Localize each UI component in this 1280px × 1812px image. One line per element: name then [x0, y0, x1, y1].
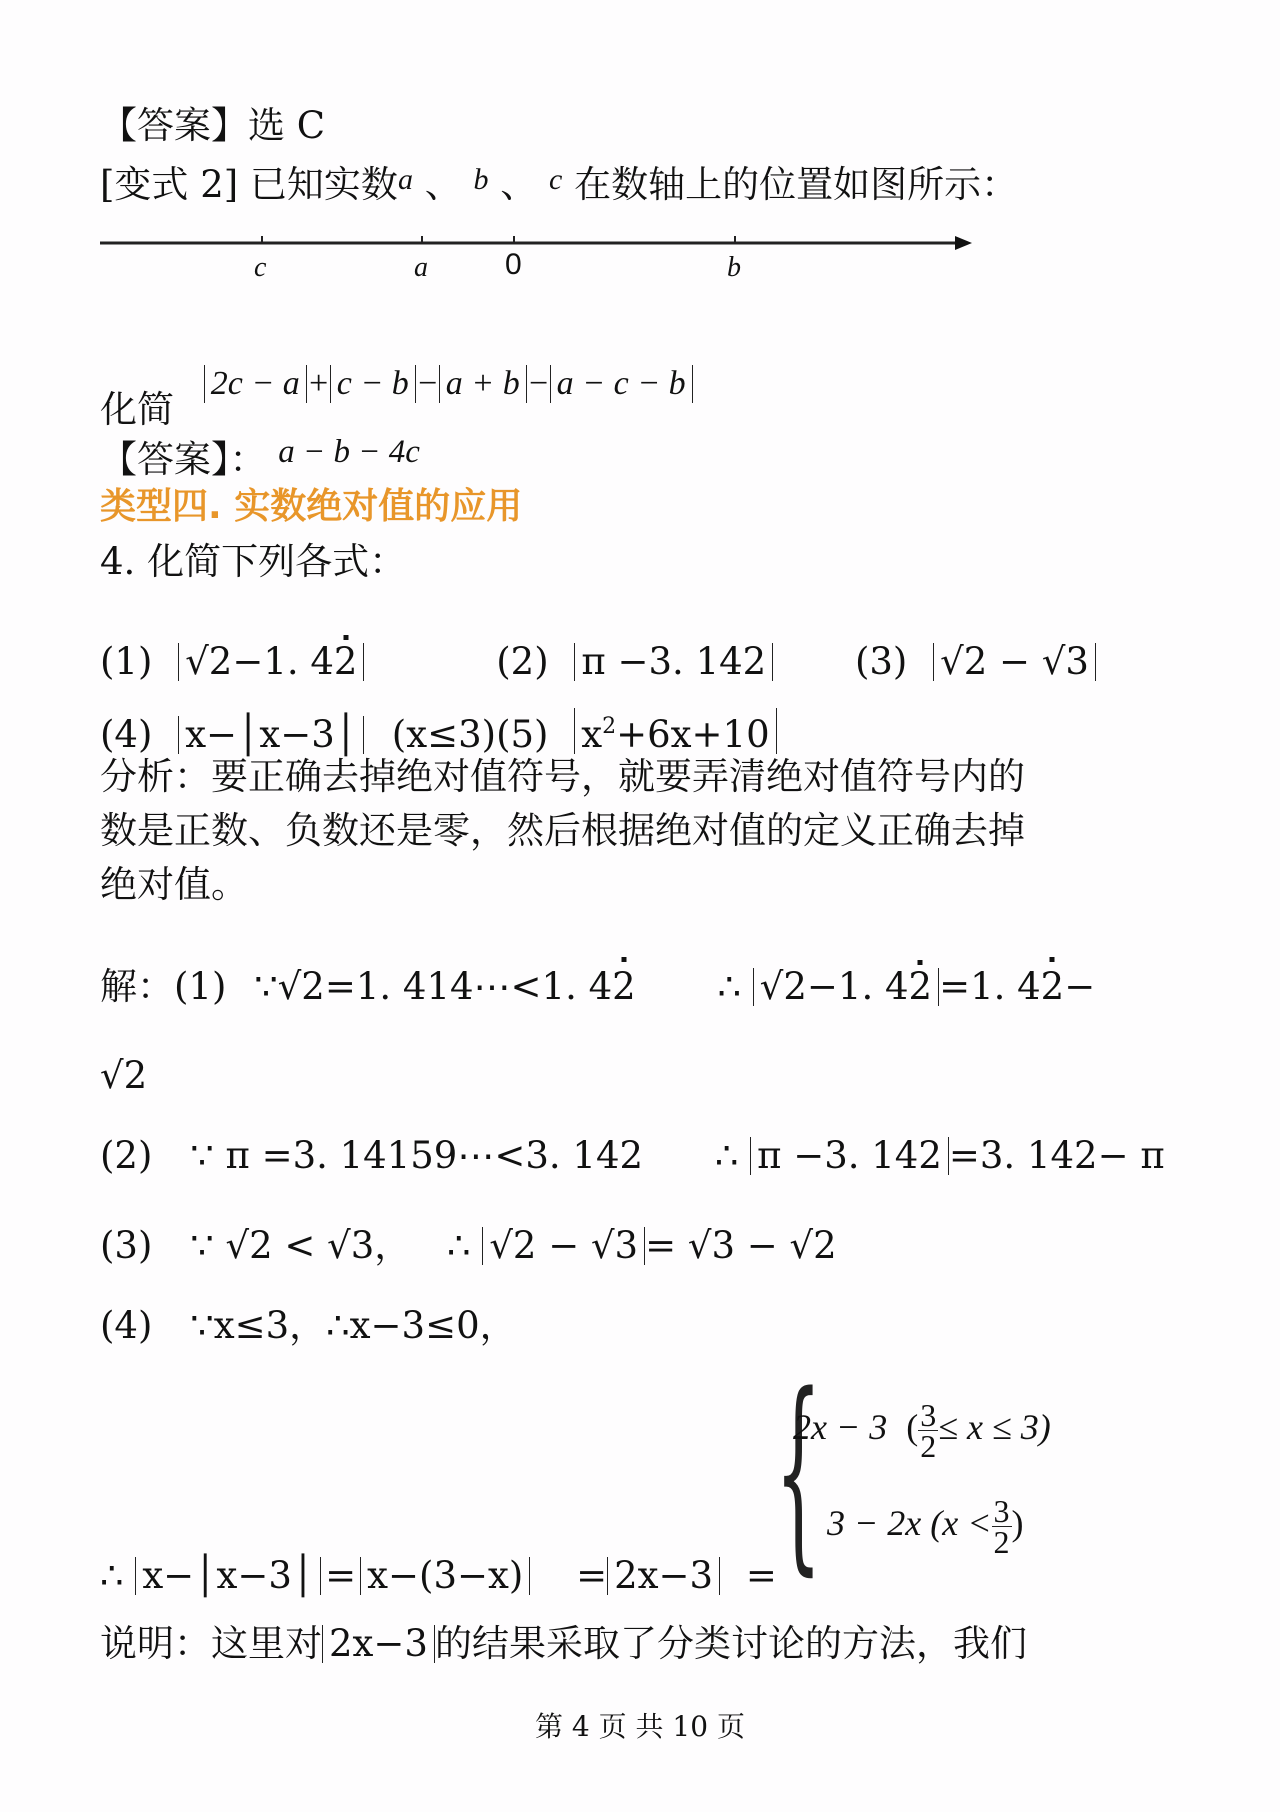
section-heading: 类型四. 实数绝对值的应用 [100, 485, 522, 529]
because-symbol: ∵ [190, 1134, 214, 1177]
equals: = [746, 1554, 777, 1597]
solution-4-label: (4) [100, 1304, 152, 1347]
var-b: b [473, 163, 488, 196]
problem-4-row-2: (4) x−│x−3│ (x≤3)(5) x2+6x+10 [100, 708, 777, 757]
because-symbol: ∵ [190, 1224, 214, 1267]
analysis-line-1: 分析：要正确去掉绝对值符号，就要弄清绝对值符号内的 [100, 755, 1025, 799]
result: =1. 4 [939, 965, 1041, 1008]
piecewise-cases: { 2x − 3 (32≤ x ≤ 3) 3 − 2x (x <32) [775, 1372, 1105, 1582]
separator: 、 [500, 163, 537, 206]
item-1-part: −1. 4 [232, 640, 334, 683]
item-1-number: (1) [100, 640, 152, 683]
expr-rest: +6x+10 [616, 713, 770, 756]
equals: = [576, 1554, 607, 1597]
fraction-three-halves: 32 [918, 1400, 938, 1461]
therefore-symbol: ∴ [447, 1224, 471, 1267]
solution-2-abs: π −3. 142 [750, 1137, 949, 1175]
note-abs: 2x−3 [322, 1625, 435, 1663]
answer-text: 选 C [248, 104, 325, 147]
solution-3-abs: √2 − √3 [482, 1227, 645, 1265]
final-abs-2: x−(3−x) [360, 1557, 530, 1595]
operator: − [527, 365, 550, 402]
item-4-condition: (x≤3) [392, 713, 496, 756]
problem-4-title: 4. 化简下列各式： [100, 540, 406, 584]
page-footer: 第 4 页 共 10 页 [0, 1705, 1280, 1745]
solution-4-final: ∴ x−│x−3│=x−(3−x) =2x−3 = [100, 1554, 777, 1598]
case-2-cond-post: ) [1012, 1503, 1024, 1543]
denominator: 2 [994, 1527, 1010, 1557]
repeating-digit: 2 [612, 965, 636, 1009]
sqrt-2: √2 [940, 640, 987, 683]
item-5-expression: x2+6x+10 [574, 708, 776, 754]
numerator: 3 [918, 1400, 938, 1431]
answer-2-label: 【答案】： [100, 438, 267, 481]
because-symbol: ∵ [254, 965, 278, 1008]
note-suffix: 的结果采取了分类讨论的方法，我们 [435, 1622, 1027, 1665]
solution-3-label: (3) [100, 1224, 152, 1267]
operator: + [307, 365, 330, 402]
solution-3-result: = √3 − √2 [645, 1224, 837, 1267]
arrow-icon [955, 236, 972, 250]
item-1-expression: √2−1. 42 [178, 643, 364, 681]
item-4-expression: x−│x−3│ [178, 716, 364, 754]
abs-term-3: a + b [439, 365, 527, 403]
solution-1-continuation: √2 [100, 1054, 147, 1098]
item-2-expression: π −3. 142 [574, 643, 773, 681]
solution-1-line: 解：(1) ∵√2=1. 414⋯<1. 42 ∴ √2−1. 42=1. 42… [100, 965, 1095, 1009]
simplify-line: 化简 2c − a+c − b−a + b−a − c − b [100, 362, 693, 432]
fraction-three-halves: 32 [992, 1496, 1012, 1557]
item-5-number: (5) [496, 713, 548, 756]
item-4-number: (4) [100, 713, 152, 756]
answer-label: 【答案】 [100, 104, 248, 147]
case-1-cond-pre: ( [906, 1407, 918, 1447]
solution-4-text: ∵x≤3，∴x−3≤0， [190, 1304, 516, 1347]
simplify-label: 化简 [100, 388, 174, 431]
case-1: 2x − 3 (32≤ x ≤ 3) [793, 1400, 1051, 1461]
solution-1-label: 解：(1) [100, 965, 226, 1008]
solution-2-line: (2) ∵ π =3. 14159⋯<3. 142 ∴ π −3. 142=3.… [100, 1134, 1165, 1178]
variant-2-suffix: 在数轴上的位置如图所示： [574, 163, 1018, 206]
separator: 、 [425, 163, 462, 206]
operator: − [1064, 965, 1095, 1008]
final-abs-3: 2x−3 [607, 1557, 720, 1595]
var-c: c [549, 163, 562, 196]
case-2-expr: 3 − 2x [827, 1503, 921, 1543]
sqrt-2: √2 [185, 643, 232, 681]
answer-2-line: 【答案】： a − b − 4c [100, 430, 420, 482]
solution-1-abs: √2−1. 42 [753, 968, 939, 1006]
number-line-label-b: b [727, 252, 741, 284]
solution-2-label: (2) [100, 1134, 152, 1177]
problem-4-row-1: (1) √2−1. 42 (2) π −3. 142 (3) √2 − √3 [100, 640, 1096, 684]
note-line: 说明：这里对2x−3的结果采取了分类讨论的方法，我们 [100, 1622, 1027, 1666]
therefore-symbol: ∴ [715, 1134, 739, 1177]
operator: − [999, 640, 1030, 683]
final-abs-1: x−│x−3│ [135, 1557, 321, 1595]
repeating-digit: 2 [1041, 965, 1065, 1009]
numerator: 3 [992, 1496, 1012, 1527]
variant-2-line: [变式 2] 已知实数a 、 b 、 c 在数轴上的位置如图所示： [100, 158, 1018, 207]
variant-2-prefix: [变式 2] 已知实数 [100, 163, 398, 206]
item-2-number: (2) [496, 640, 548, 684]
case-2-cond-pre: (x < [930, 1503, 991, 1543]
case-2: 3 − 2x (x <32) [827, 1496, 1024, 1557]
solution-2-text: π =3. 14159⋯<3. 142 [226, 1134, 644, 1177]
abs-term-4: a − c − b [550, 365, 693, 403]
number-line-figure: c a 0 b [100, 236, 980, 296]
number-line-label-zero: 0 [505, 248, 522, 282]
solution-3-text: √2 < √3， [226, 1224, 412, 1267]
var-a: a [398, 163, 413, 196]
therefore-symbol: ∴ [100, 1554, 124, 1597]
repeating-digit: 2 [909, 968, 933, 1006]
exponent: 2 [602, 714, 616, 739]
abs-term-2: c − b [330, 365, 416, 403]
sqrt-2: √2 [760, 965, 807, 1008]
solution-3-line: (3) ∵ √2 < √3， ∴ √2 − √3= √3 − √2 [100, 1224, 837, 1268]
abs-term-1: 2c − a [204, 365, 307, 403]
analysis-line-3: 绝对值。 [100, 863, 248, 907]
expr-base: x [581, 713, 602, 756]
case-1-cond-post: ≤ x ≤ 3) [938, 1407, 1050, 1447]
therefore-symbol: ∴ [717, 965, 741, 1008]
repeating-digit: 2 [334, 643, 358, 681]
analysis-line-2: 数是正数、负数还是零，然后根据绝对值的定义正确去掉 [100, 809, 1025, 853]
sqrt-2: √2 [278, 965, 325, 1008]
comparison: =1. 414⋯<1. 4 [325, 965, 612, 1008]
abs-part: −1. 4 [807, 965, 909, 1008]
sqrt-3: √3 [1042, 640, 1089, 683]
number-line-svg [100, 236, 980, 296]
answer-2-value: a − b − 4c [278, 434, 420, 470]
note-prefix: 说明：这里对 [100, 1622, 322, 1665]
number-line-label-a: a [414, 252, 428, 284]
simplify-expression: 2c − a+c − b−a + b−a − c − b [204, 362, 693, 406]
equals: = [325, 1554, 356, 1597]
item-3-number: (3) [855, 640, 907, 684]
item-3-expression: √2 − √3 [933, 643, 1096, 681]
number-line-label-c: c [254, 252, 266, 284]
answer-line: 【答案】选 C [100, 104, 325, 148]
solution-4-line: (4) ∵x≤3，∴x−3≤0， [100, 1304, 517, 1348]
denominator: 2 [920, 1431, 936, 1461]
solution-2-result: =3. 142− π [949, 1134, 1165, 1177]
operator: − [416, 365, 439, 402]
case-1-expr: 2x − 3 [793, 1407, 887, 1447]
